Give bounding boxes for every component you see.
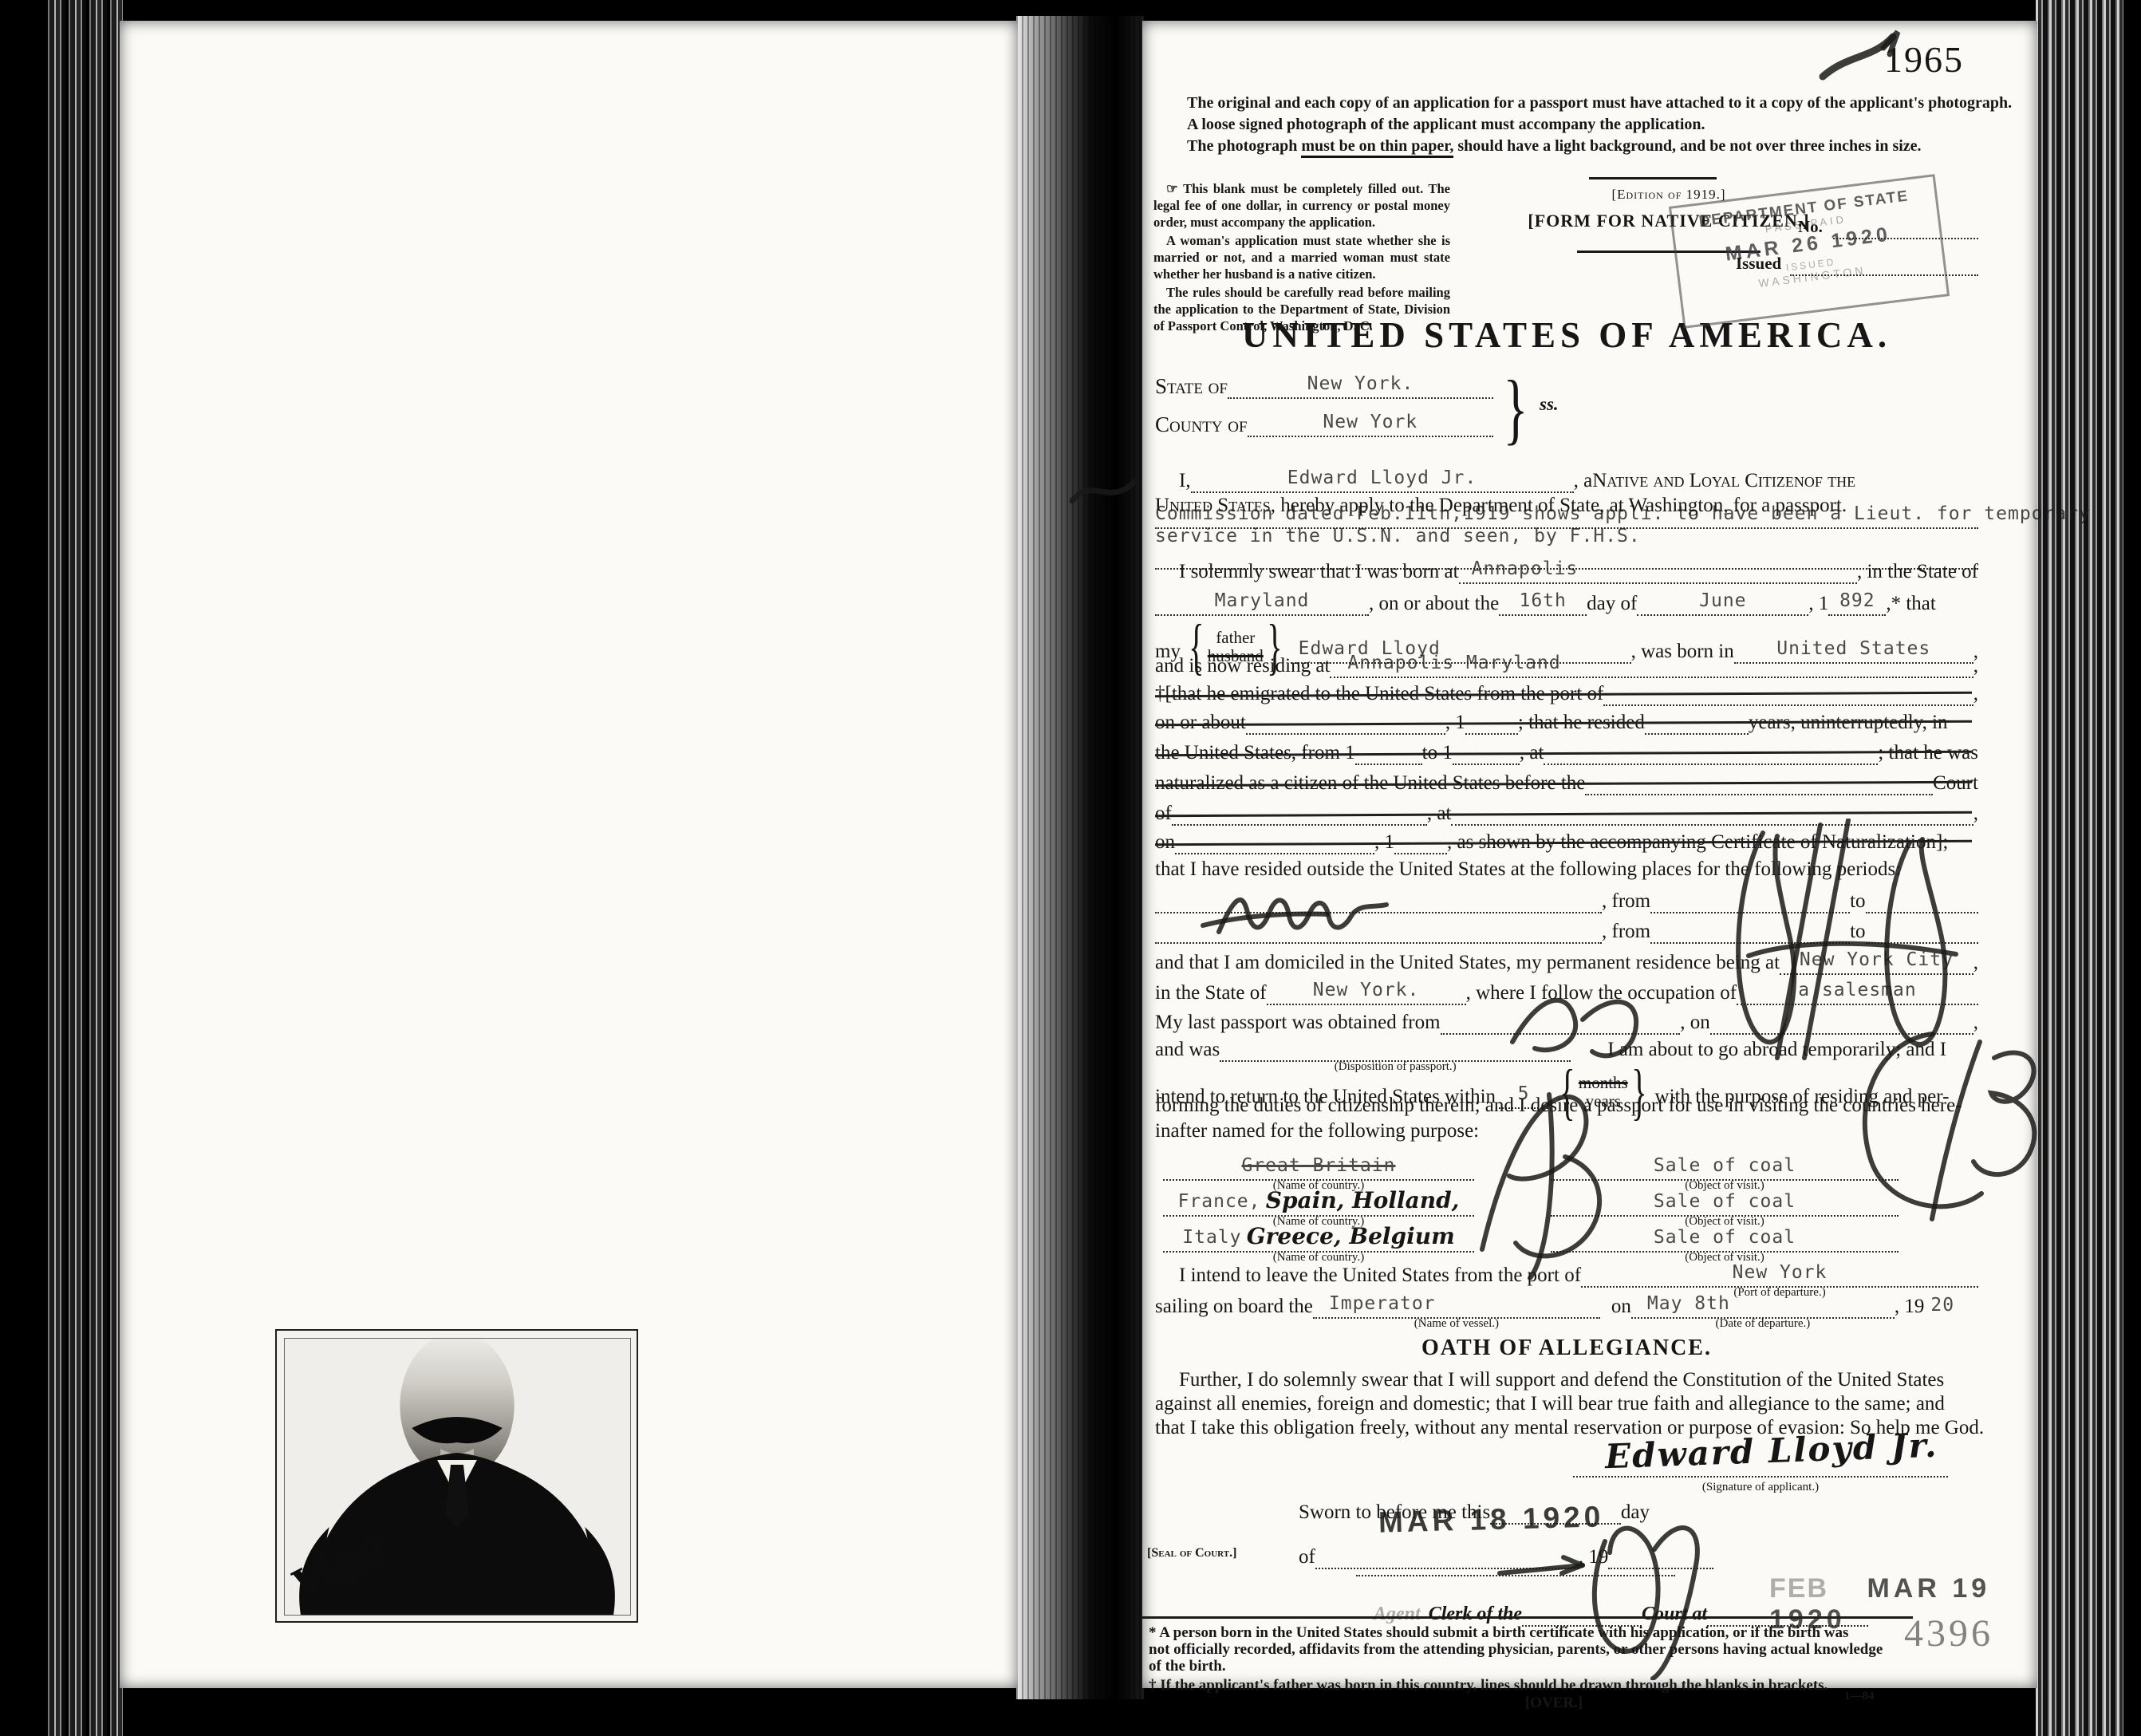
- applicant-photo-inner: Vigg: [284, 1338, 631, 1616]
- residence-state-field: New York.: [1267, 978, 1466, 1005]
- issued-field: Issued: [1736, 254, 1781, 274]
- gutter-pen-mark: [1063, 466, 1142, 517]
- county-of-line: County of New York: [1155, 410, 1493, 437]
- agent-stamp-text: Agent: [1374, 1602, 1421, 1627]
- left-page: Vigg: [120, 21, 1018, 1688]
- vessel-line: sailing on board the Imperator (Name of …: [1155, 1292, 1978, 1319]
- underlined-phrase: must be on thin paper,: [1301, 137, 1453, 158]
- intro-line-1: I, Edward Lloyd Jr. , a Native and Loyal…: [1155, 466, 1978, 493]
- applicant-photo: Vigg: [275, 1329, 638, 1623]
- naturalization-line-2: on or about , 1 ; that he resided years,…: [1155, 708, 1978, 735]
- birth-year-field: 892: [1828, 589, 1886, 616]
- handwritten-scrawl-object1: [1812, 1010, 2052, 1233]
- state-field: New York.: [1228, 372, 1493, 399]
- county-label: County of: [1155, 412, 1248, 437]
- instruction-p1: ☞ This blank must be completely filled o…: [1153, 180, 1450, 231]
- book-page-edges-left: [45, 0, 123, 1736]
- filed-date-stamp: FEB MAR 19 1920: [1769, 1573, 2037, 1635]
- birth-month-field: June: [1637, 589, 1808, 616]
- handwritten-scrawl-passport: [1493, 975, 1685, 1063]
- notice-line-3: The photograph must be on thin paper, sh…: [1187, 136, 2012, 157]
- venue-brace: }: [1503, 362, 1528, 454]
- county-field: New York: [1248, 410, 1493, 437]
- naturalization-line-4: naturalized as a citizen of the United S…: [1155, 769, 1978, 795]
- born-line-1: I solemnly swear that I was born at Anna…: [1155, 557, 1978, 584]
- photo-notices: The original and each copy of an applica…: [1187, 93, 2012, 157]
- naturalization-line-3: the United States, from 1 to 1 , at ; th…: [1155, 739, 1978, 765]
- departure-date-field: May 8th (Date of departure.): [1631, 1292, 1895, 1319]
- scanned-passport-application: Vigg 1965 The original and each copy of …: [0, 0, 2141, 1736]
- oath-line-1: Further, I do solemnly swear that I will…: [1155, 1367, 1978, 1392]
- birthplace-field: Annapolis: [1459, 557, 1857, 584]
- over-label: [OVER.]: [1155, 1695, 1953, 1711]
- typed-note-line-2: service in the U.S.N. and seen, by F.H.S…: [1155, 525, 1978, 550]
- oath-line-2: against all enemies, foreign and domesti…: [1155, 1391, 1978, 1416]
- departure-year: 20: [1930, 1293, 1954, 1318]
- date-caption: (Date of departure.): [1716, 1317, 1811, 1331]
- handwritten-scrawl-country1: [1453, 1080, 1645, 1280]
- right-page-application-form: 1965 The original and each copy of an ap…: [1142, 21, 2037, 1688]
- oath-title: OATH OF ALLEGIANCE.: [1155, 1336, 1978, 1361]
- notice-line-2: A loose signed photograph of the applica…: [1187, 114, 2012, 136]
- issued-line: [1790, 274, 1978, 276]
- vessel-field: Imperator (Name of vessel.): [1313, 1292, 1600, 1319]
- print-code: 1—84: [1844, 1690, 1875, 1703]
- book-page-edges-right: [2036, 0, 2123, 1736]
- signature-line: [1573, 1476, 1948, 1478]
- document-title: UNITED STATES OF AMERICA.: [1155, 314, 1978, 356]
- country-field-3: Italy Greece, Belgium (Name of country.): [1163, 1224, 1474, 1253]
- notice-line-1: The original and each copy of an applica…: [1187, 93, 2012, 114]
- divider-rule: [1589, 177, 1717, 180]
- ss-label: ss.: [1540, 394, 1559, 415]
- state-label: State of: [1155, 374, 1228, 399]
- country-field-2: France, Spain, Holland, (Name of country…: [1163, 1188, 1474, 1217]
- seal-of-court-label: [Seal of Court.]: [1147, 1546, 1236, 1560]
- birth-day-field: 16th: [1499, 589, 1587, 616]
- filed-prefix-stamp: FEB: [1769, 1573, 1828, 1604]
- passport-no-line: [1833, 238, 1978, 239]
- instruction-block: ☞ This blank must be completely filled o…: [1153, 180, 1450, 336]
- naturalization-line-1: †[that he emigrated to the United States…: [1155, 680, 1978, 706]
- handwritten-scrawl-place: [1192, 881, 1415, 948]
- residing-line: and is now residing at Annapolis Marylan…: [1155, 651, 1978, 678]
- state-of-line: State of New York.: [1155, 372, 1493, 399]
- signature-caption: (Signature of applicant.): [1573, 1481, 1948, 1494]
- father-residence-field: Annapolis Maryland: [1330, 651, 1973, 678]
- passport-no-field: No.: [1798, 217, 1823, 237]
- book-gutter: [1016, 16, 1144, 1699]
- clerk-signature-scrawl: [1485, 1497, 1725, 1680]
- instruction-p2: A woman's application must state whether…: [1153, 232, 1450, 282]
- applicant-name-field: Edward Lloyd Jr.: [1191, 466, 1574, 493]
- pen-flourish-icon: [1816, 27, 1904, 83]
- birth-state-field: Maryland: [1155, 589, 1369, 616]
- vessel-caption: (Name of vessel.): [1414, 1317, 1499, 1331]
- country-field-1: Great Britain (Name of country.): [1163, 1152, 1474, 1181]
